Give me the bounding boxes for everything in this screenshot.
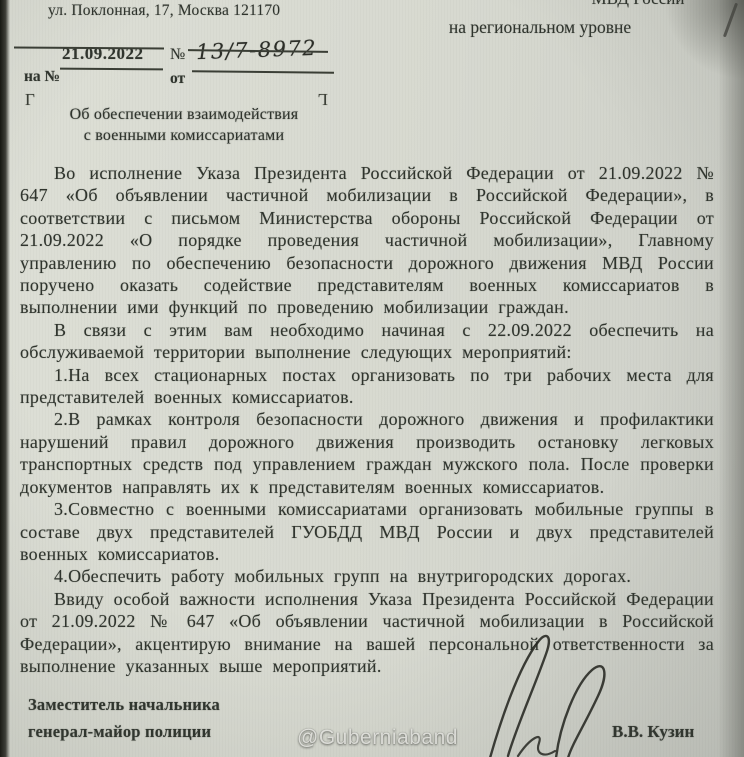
body-paragraph: Во исполнение Указа Президента Российско… <box>20 162 714 319</box>
signer-position-line-2: генерал-майор полиции <box>28 722 211 742</box>
subject-line-2: с военными комиссариатами <box>48 125 320 146</box>
subject-line-1: Об обеспечении взаимодействия <box>48 104 320 125</box>
from-label: от <box>170 70 185 88</box>
subject-block: Об обеспечении взаимодействия с военными… <box>48 104 320 146</box>
photo-edge-left <box>0 0 10 757</box>
signer-name: В.В. Кузин <box>612 722 694 742</box>
org-level-line: на региональном уровне <box>430 17 650 38</box>
document-photo: ул. Поклонная, 17, Москва 121170 МВД Рос… <box>0 0 744 757</box>
body-paragraph: 4.Обеспечить работу мобильных групп на в… <box>20 565 714 587</box>
reply-to-label: на № <box>24 68 60 86</box>
body-paragraph: 1.На всех стационарных постах организова… <box>20 364 714 409</box>
corner-mark-left: Г <box>25 90 35 110</box>
body-paragraph: В связи с этим вам необходимо начиная с … <box>20 319 714 364</box>
from-underline <box>192 70 334 73</box>
sender-address: ул. Поклонная, 17, Москва 121170 <box>48 2 280 20</box>
letter-body: Во исполнение Указа Президента Российско… <box>20 162 714 677</box>
watermark-text: @Guberniaband <box>297 726 458 750</box>
body-paragraph: 2.В рамках контроля безопасности дорожно… <box>20 408 714 498</box>
signer-position-line-1: Заместитель начальника <box>28 695 220 715</box>
photo-edge-right <box>718 0 744 757</box>
number-sign: № <box>170 46 185 64</box>
body-paragraph: 3.Совместно с военными комиссариатами ор… <box>20 498 714 565</box>
reply-underline <box>60 68 163 71</box>
